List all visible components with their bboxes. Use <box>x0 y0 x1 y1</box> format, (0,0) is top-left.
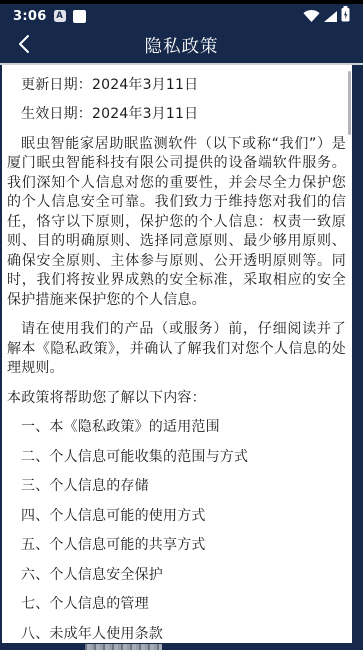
page-title: 隐私政策 <box>0 28 363 63</box>
signal-strength-icon <box>324 7 337 26</box>
status-bar-right <box>303 6 350 26</box>
toc-item-4: 四、个人信息可能的使用方式 <box>7 507 346 527</box>
status-bar: 3:06 A <box>0 4 363 28</box>
scrollbar-thumb[interactable] <box>348 71 352 135</box>
toc-item-3: 三、个人信息的存储 <box>7 477 346 497</box>
read-notice-paragraph: 请在使用我们的产品（或服务）前，仔细阅读并了解本《隐私政策》，并确认了解我们对您… <box>7 320 346 379</box>
toc-intro-line: 本政策将帮助您了解以下内容： <box>7 389 346 409</box>
intro-paragraph: 眠虫智能家居助眠监测软件（以下或称“我们”）是厦门眠虫智能科技有限公司提供的设备… <box>7 135 346 311</box>
boxed-a-letter: A <box>56 12 63 21</box>
status-bar-left: 3:06 A <box>13 9 86 24</box>
toc-item-5: 五、个人信息可能的共享方式 <box>7 536 346 556</box>
wifi-icon <box>303 7 320 26</box>
square-notification-icon <box>73 10 86 23</box>
status-time: 3:06 <box>13 9 47 24</box>
clipped-next-line-fragment <box>85 644 162 650</box>
battery-charging-icon <box>341 6 350 26</box>
update-date-line: 更新日期：2024年3月11日 <box>7 76 346 96</box>
toc-item-6: 六、个人信息安全保护 <box>7 566 346 586</box>
toc-item-7: 七、个人信息的管理 <box>7 595 346 615</box>
policy-content-scroll-area[interactable]: 更新日期：2024年3月11日 生效日期：2024年3月11日 眠虫智能家居助眠… <box>2 65 352 644</box>
effective-date-line: 生效日期：2024年3月11日 <box>7 105 346 125</box>
toc-item-2: 二、个人信息可能收集的范围与方式 <box>7 448 346 468</box>
nav-bar: 隐私政策 <box>0 28 363 63</box>
toc-item-8: 八、未成年人使用条款 <box>7 625 346 644</box>
boxed-a-icon: A <box>54 10 66 22</box>
toc-item-1: 一、本《隐私政策》的适用范围 <box>7 418 346 438</box>
privacy-policy-screen: 3:06 A 隐私政策 更新日期：2024年3月11日 生效日期：2024年3月… <box>0 0 363 650</box>
